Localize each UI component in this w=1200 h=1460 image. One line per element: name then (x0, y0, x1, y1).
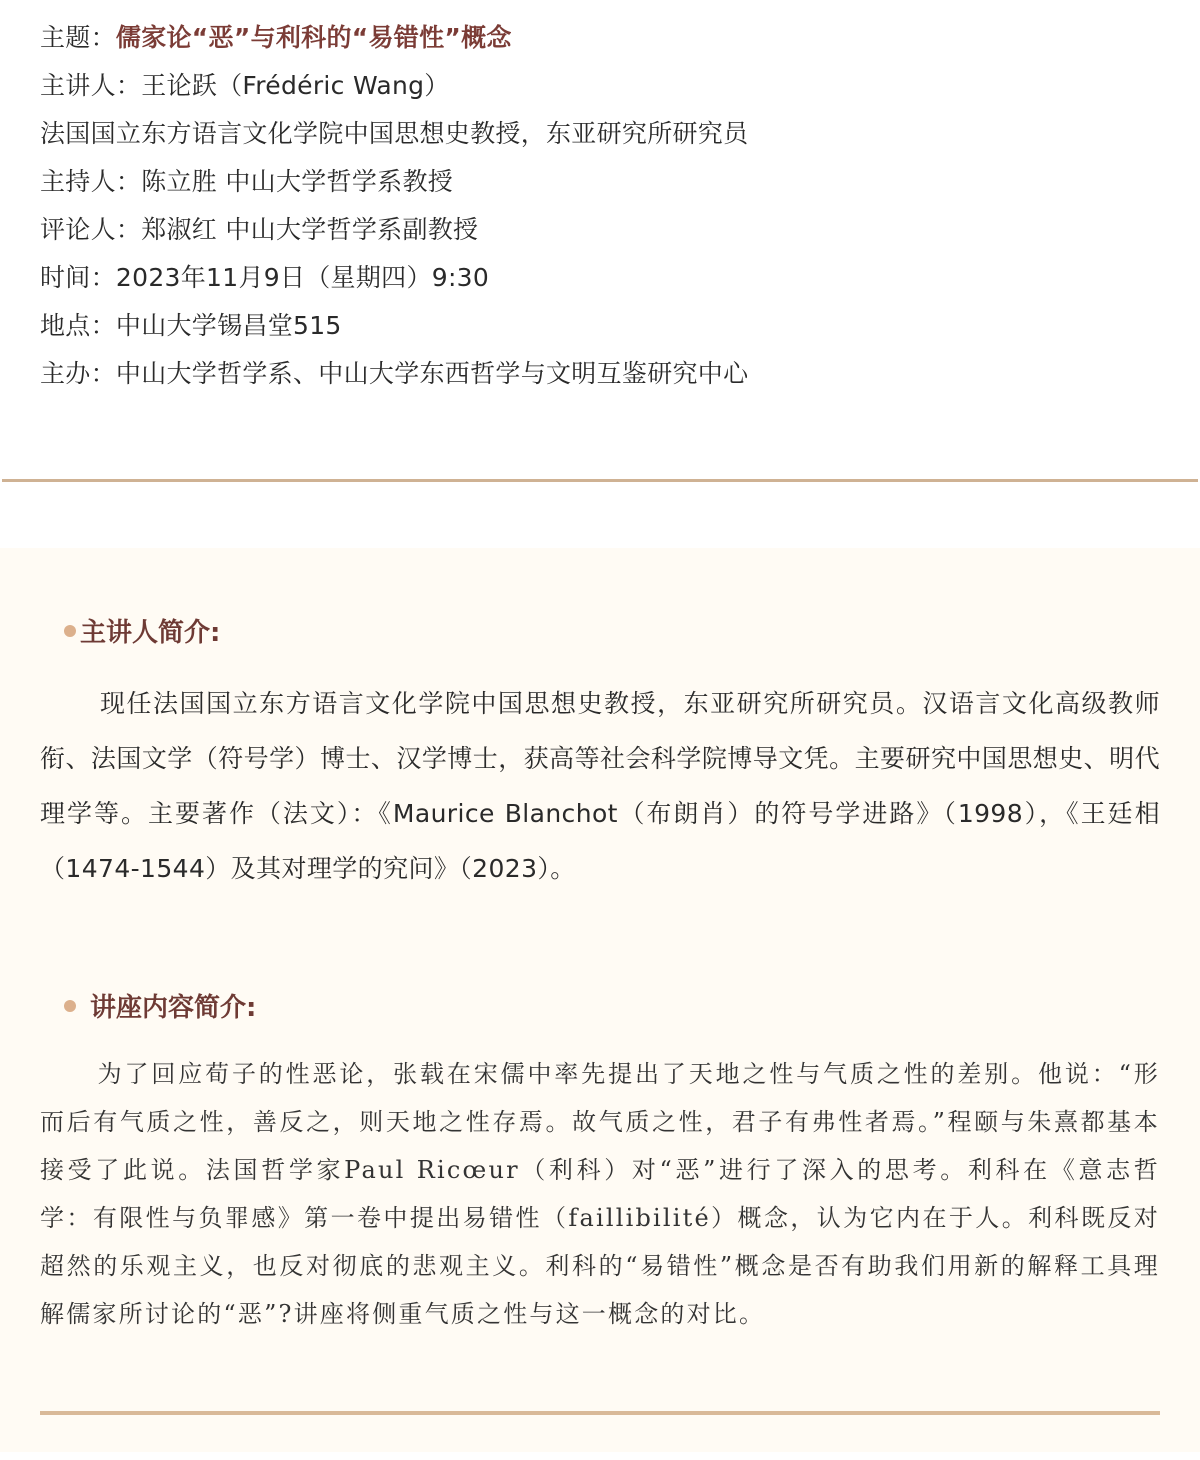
topic-line: 主题：儒家论“恶”与利科的“易错性”概念 (40, 14, 1160, 62)
host-line: 主持人：陈立胜 中山大学哲学系教授 (40, 158, 1160, 206)
topic-title: 儒家论“恶”与利科的“易错性”概念 (116, 23, 512, 52)
location-line: 地点：中山大学锡昌堂515 (40, 302, 1160, 350)
location-label: 地点： (40, 311, 116, 340)
topic-label: 主题： (40, 23, 116, 52)
speaker-bio-heading-text: 主讲人简介: (80, 612, 220, 649)
event-info: 主题：儒家论“恶”与利科的“易错性”概念 主讲人：王论跃（Frédéric Wa… (40, 14, 1160, 398)
time-label: 时间： (40, 263, 116, 292)
speaker-bio-text: 现任法国国立东方语言文化学院中国思想史教授，东亚研究所研究员。汉语言文化高级教师… (40, 676, 1160, 896)
discussant-name: 郑淑红 中山大学哲学系副教授 (141, 215, 478, 244)
host-name: 陈立胜 中山大学哲学系教授 (141, 167, 453, 196)
speaker-line: 主讲人：王论跃（Frédéric Wang） (40, 62, 1160, 110)
speaker-bio-heading: 主讲人简介: (64, 612, 220, 649)
discussant-line: 评论人：郑淑红 中山大学哲学系副教授 (40, 206, 1160, 254)
time-line: 时间：2023年11月9日（星期四）9:30 (40, 254, 1160, 302)
speaker-label: 主讲人： (40, 71, 141, 100)
speaker-name: 王论跃（Frédéric Wang） (141, 71, 449, 100)
lecture-summary-heading-text: 讲座内容简介: (90, 987, 256, 1024)
organizer-value: 中山大学哲学系、中山大学东西哲学与文明互鉴研究中心 (116, 359, 749, 388)
bullet-dot-icon (64, 1000, 76, 1012)
speaker-affiliation-line: 法国国立东方语言文化学院中国思想史教授，东亚研究所研究员 (40, 110, 1160, 158)
location-value: 中山大学锡昌堂515 (116, 311, 342, 340)
host-label: 主持人： (40, 167, 141, 196)
lecture-summary-heading: 讲座内容简介: (64, 987, 256, 1024)
organizer-label: 主办： (40, 359, 116, 388)
bottom-divider (40, 1411, 1160, 1415)
time-value: 2023年11月9日（星期四）9:30 (116, 263, 489, 292)
organizer-line: 主办：中山大学哲学系、中山大学东西哲学与文明互鉴研究中心 (40, 350, 1160, 398)
speaker-affiliation: 法国国立东方语言文化学院中国思想史教授，东亚研究所研究员 (40, 119, 748, 148)
section-divider (2, 479, 1198, 482)
discussant-label: 评论人： (40, 215, 141, 244)
bullet-dot-icon (64, 625, 76, 637)
lecture-summary-text: 为了回应荀子的性恶论，张载在宋儒中率先提出了天地之性与气质之性的差别。他说：“形… (40, 1050, 1160, 1338)
